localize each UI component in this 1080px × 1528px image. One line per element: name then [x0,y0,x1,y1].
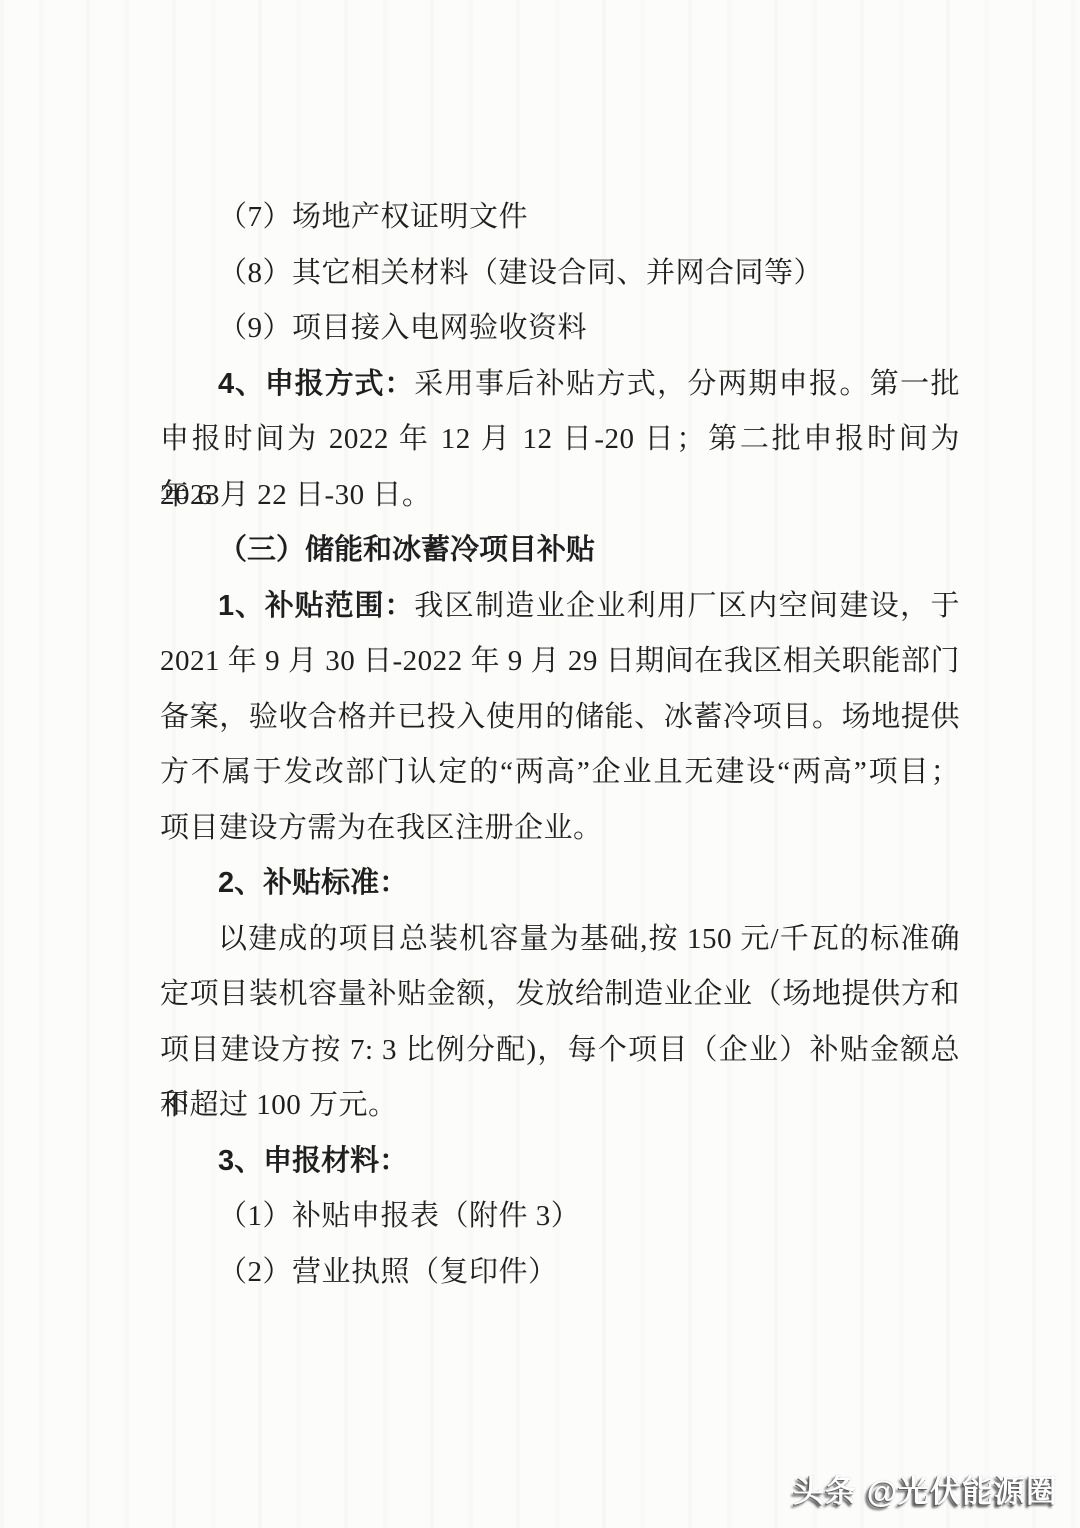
text-run-bold: 1、补贴范围： [218,590,414,622]
document-body: （7）场地产权证明文件（8）其它相关材料（建设合同、并网合同等）（9）项目接入电… [160,190,960,1300]
text-run: 2021 年 9 月 30 日-2022 年 9 月 29 日期间在我区相关职能… [160,645,960,677]
text-run: 采用事后补贴方式，分两期申报。第一批 [414,368,960,400]
text-line: 以建成的项目总装机容量为基础,按 150 元/千瓦的标准确 [160,912,960,968]
text-run-bold: （三）储能和冰蓄冷项目补贴 [218,534,595,566]
text-run: 方不属于发改部门认定的“两高”企业且无建设“两高”项目； [160,756,960,788]
text-run-bold: 4、申报方式： [218,368,414,400]
text-run: 备案，验收合格并已投入使用的储能、冰蓄冷项目。场地提供 [160,701,960,733]
text-line: 项目建设方需为在我区注册企业。 [160,801,960,857]
text-line: （7）场地产权证明文件 [160,190,960,246]
text-line: 备案，验收合格并已投入使用的储能、冰蓄冷项目。场地提供 [160,690,960,746]
text-line: 申报时间为 2022 年 12 月 12 日-20 日；第二批申报时间为 202… [160,412,960,468]
text-line: 1、补贴范围：我区制造业企业利用厂区内空间建设，于 [160,579,960,635]
text-line: 2、补贴标准： [160,856,960,912]
text-line: （2）营业执照（复印件） [160,1245,960,1301]
text-run: （1）补贴申报表（附件 3） [218,1200,580,1232]
text-run-bold: 3、申报材料： [218,1145,408,1177]
text-run: （8）其它相关材料（建设合同、并网合同等） [218,257,823,289]
text-line: 4、申报方式：采用事后补贴方式，分两期申报。第一批 [160,357,960,413]
text-run: （2）营业执照（复印件） [218,1256,558,1288]
text-run: 定项目装机容量补贴金额，发放给制造业企业（场地提供方和 [160,978,960,1010]
text-run-bold: 2、补贴标准： [218,867,408,899]
text-line: 定项目装机容量补贴金额，发放给制造业企业（场地提供方和 [160,967,960,1023]
text-line: 不超过 100 万元。 [160,1078,960,1134]
text-line: （9）项目接入电网验收资料 [160,301,960,357]
text-line: （1）补贴申报表（附件 3） [160,1189,960,1245]
text-run: 我区制造业企业利用厂区内空间建设，于 [414,590,960,622]
text-run: （9）项目接入电网验收资料 [218,312,587,344]
text-line: （8）其它相关材料（建设合同、并网合同等） [160,246,960,302]
text-line: 3、申报材料： [160,1134,960,1190]
text-line: （三）储能和冰蓄冷项目补贴 [160,523,960,579]
document-page: { "page": { "background_color": "#fcfcfb… [0,0,1080,1528]
text-run: 年 6 月 22 日-30 日。 [160,479,431,511]
text-run: （7）场地产权证明文件 [218,201,528,233]
text-run: 以建成的项目总装机容量为基础,按 150 元/千瓦的标准确 [218,923,960,955]
text-line: 方不属于发改部门认定的“两高”企业且无建设“两高”项目； [160,745,960,801]
text-line: 项目建设方按 7: 3 比例分配)，每个项目（企业）补贴金额总和 [160,1023,960,1079]
watermark: 头条 @光伏能源圈 [793,1466,1058,1511]
text-line: 年 6 月 22 日-30 日。 [160,468,960,524]
text-line: 2021 年 9 月 30 日-2022 年 9 月 29 日期间在我区相关职能… [160,634,960,690]
text-run: 不超过 100 万元。 [160,1089,398,1121]
text-run: 项目建设方需为在我区注册企业。 [160,812,603,844]
